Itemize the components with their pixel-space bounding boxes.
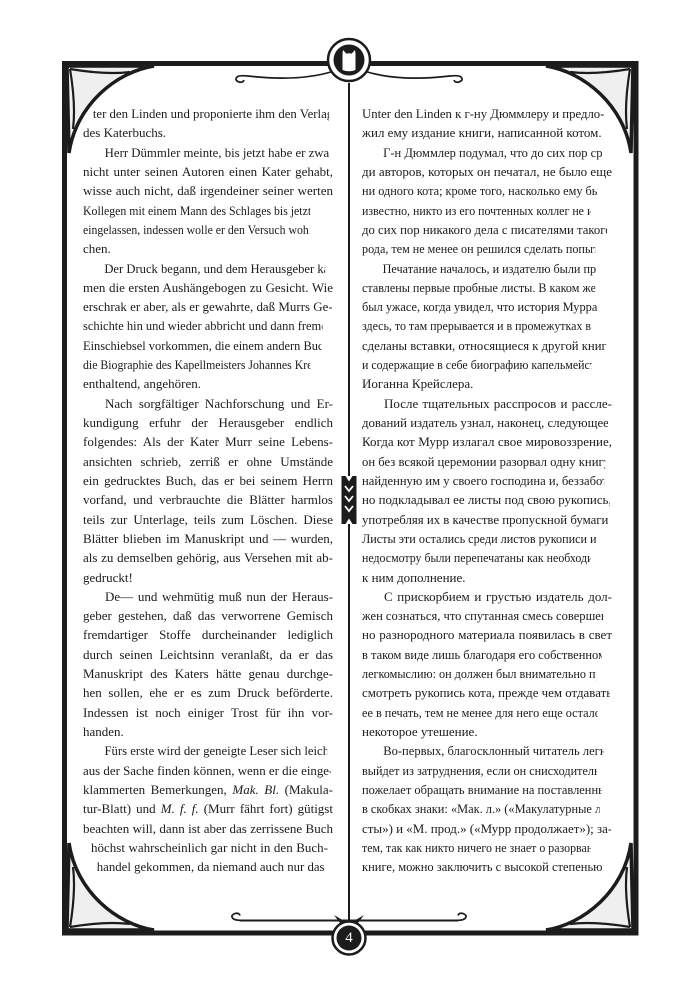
text-line: erschrak er aber, als er gewahrte, daß M… <box>83 297 332 316</box>
text-line: ein gedrucktes Buch, das er bei seinem H… <box>83 471 333 490</box>
text-line: ter den Linden und proponierte ihm den V… <box>83 104 329 123</box>
text-line: folgendes: Als der Kater Murr seine Lebe… <box>83 432 333 451</box>
text-line: жен сознаться, что спутанная смесь совер… <box>362 606 603 625</box>
text-line: beachten will, dann ist aber das zerriss… <box>83 819 333 838</box>
text-line: wisse auch nicht, daß irgendeiner seiner… <box>83 181 333 200</box>
text-line: в таком виде лишь благодаря его собствен… <box>362 645 601 664</box>
text-line: книге, можно заключить с высокой степень… <box>362 857 602 876</box>
text-line: ставлены первые пробные листы. В каком ж… <box>362 278 595 297</box>
text-line: Fürs erste wird der geneigte Leser sich … <box>83 741 327 760</box>
text-line: сты») и «М. прод.» («Мурр продолжает»); … <box>362 819 611 838</box>
text-line: höchst wahrscheinlich gar nicht in den B… <box>83 838 333 857</box>
book-page: ter den Linden und proponierte ihm den V… <box>0 0 682 1000</box>
text-line: Einschiebsel vorkommen, die einem andern… <box>83 336 322 355</box>
text-line: употребляя их в качестве пропускной бума… <box>362 510 608 529</box>
text-line: schichte hin und wieder abbricht und dan… <box>83 316 322 335</box>
text-line: Manuskript des Katers hätte genau durchg… <box>83 664 333 683</box>
text-line: Blätter blieben im Manuskript und — wurd… <box>83 529 333 548</box>
text-line: tur-Blatt) und M. f. f. (Murr fährt fort… <box>83 799 333 818</box>
text-line: до сих пор никакого дела с писателями та… <box>362 220 607 239</box>
text-line: недосмотру были перепечатаны как необход… <box>362 548 591 567</box>
text-line: ansichten schrieb, zerriß er ohne Umstän… <box>83 452 333 471</box>
text-line: gedruckt! <box>83 568 333 587</box>
text-line: fremdartiger Stoffe durcheinander ledigl… <box>83 625 333 644</box>
text-line: был ужасе, когда увидел, что история Мур… <box>362 297 600 316</box>
text-line: ди авторов, которых он печатал, не было … <box>362 162 612 181</box>
text-line: men die ersten Aushängebogen zu Gesicht.… <box>83 278 333 297</box>
text-line: Печатание началось, и издателю были пред… <box>362 259 596 278</box>
text-line: но разнородного материала появилась в св… <box>362 625 612 644</box>
text-line: vorfand, und verbrauchte die Blätter har… <box>83 490 333 509</box>
text-column-german: ter den Linden und proponierte ihm den V… <box>83 104 333 877</box>
text-line: handel gekommen, da niemand auch nur das <box>83 857 329 876</box>
text-line: des Katerbuchs. <box>83 123 333 142</box>
text-line: die Biographie des Kapellmeisters Johann… <box>83 355 310 374</box>
page-number: 4 <box>333 922 365 954</box>
text-line: После тщательных расспросов и рассле- <box>362 394 612 413</box>
text-line: geber gestehen, daß das verworrene Gemis… <box>83 606 333 625</box>
text-line: Когда кот Мурр излагал свое мировоззрени… <box>362 432 612 451</box>
text-line: легкомыслию: он должен был внимательно п… <box>362 664 596 683</box>
text-line: Herr Dümmler meinte, bis jetzt habe er z… <box>83 143 329 162</box>
text-line: chen. <box>83 239 333 258</box>
text-column-russian: Unter den Linden к г-ну Дюммлеру и предл… <box>362 104 612 877</box>
text-line: здесь, то там прерывается и в промежутка… <box>362 316 592 335</box>
text-line: nicht unter seinen Autoren einen Kater g… <box>83 162 333 181</box>
text-line: сделаны вставки, относящиеся к другой кн… <box>362 336 606 355</box>
cat-icon <box>328 39 370 81</box>
text-line: als zu demselben gehörig, aus Versehen m… <box>83 548 333 567</box>
text-line: известно, никто из его почтенных коллег … <box>362 201 591 220</box>
text-line: Indessen ist noch einiger Trost für ihn … <box>83 703 333 722</box>
text-line: handen. <box>83 722 333 741</box>
text-line: рода, тем не менее он решился сделать по… <box>362 239 595 258</box>
text-line: выйдет из затруднения, если он снисходит… <box>362 761 597 780</box>
text-line: он без всякой церемонии разорвал одну кн… <box>362 452 605 471</box>
text-line: klammerten Bemerkungen, Mak. Bl. (Makula… <box>83 780 333 799</box>
text-line: жил ему издание книги, написанной котом. <box>362 123 612 142</box>
text-line: смотреть рукопись кота, прежде чем отдав… <box>362 683 610 702</box>
text-line: Иоганна Крейслера. <box>362 374 612 393</box>
text-line: Nach sorgfältiger Nachforschung und Er- <box>83 394 333 413</box>
curl-flourish-icon <box>236 71 462 82</box>
text-line: eingelassen, indessen wolle er den Versu… <box>83 220 309 239</box>
curl-flourish-icon <box>232 913 466 920</box>
text-line: durch seinen Leichtsinn veranlaßt, da er… <box>83 645 333 664</box>
text-line: hen sollen, ehe er es zum Druck beförder… <box>83 683 333 702</box>
text-line: ни одного кота; кроме того, насколько ем… <box>362 181 598 200</box>
text-line: De— und wehmütig muß nun der Heraus- <box>83 587 333 606</box>
text-line: teils zur Unterlage, teils zum Löschen. … <box>83 510 333 529</box>
text-line: Kollegen mit einem Mann des Schlages bis… <box>83 201 310 220</box>
text-line: aus der Sache finden können, wenn er die… <box>83 761 331 780</box>
text-line: некоторое утешение. <box>362 722 612 741</box>
text-line: дований издатель узнал, наконец, следующ… <box>362 413 608 432</box>
text-line: в скобках знаки: «Мак. л.» («Макулатурны… <box>362 799 600 818</box>
text-line: Der Druck begann, und dem Herausgeber ka… <box>83 259 325 278</box>
text-line: тем, так как никто ничего не знает о раз… <box>362 838 591 857</box>
text-line: и содержащие в себе биографию капельмейс… <box>362 355 592 374</box>
text-line: Г-н Дюммлер подумал, что до сих пор сре- <box>362 143 602 162</box>
text-line: пожелает обращать внимание на поставленн… <box>362 780 601 799</box>
text-line: kundigung erfuhr der Herausgeber endlich <box>83 413 333 432</box>
text-line: Unter den Linden к г-ну Дюммлеру и предл… <box>362 104 607 123</box>
text-line: С прискорбием и грустью издатель дол- <box>362 587 612 606</box>
text-line: найденную им у своего господина и, безза… <box>362 471 604 490</box>
text-line: Во-первых, благосклонный читатель легко <box>362 741 603 760</box>
text-line: ее в печать, тем не менее для него еще о… <box>362 703 598 722</box>
divider-ornament-icon <box>342 476 357 524</box>
text-line: enthaltend, angehören. <box>83 374 333 393</box>
text-line: к ним дополнение. <box>362 568 612 587</box>
text-line: Листы эти остались среди листов рукописи… <box>362 529 596 548</box>
text-line: но подкладывал ее листы под свою рукопис… <box>362 490 610 509</box>
